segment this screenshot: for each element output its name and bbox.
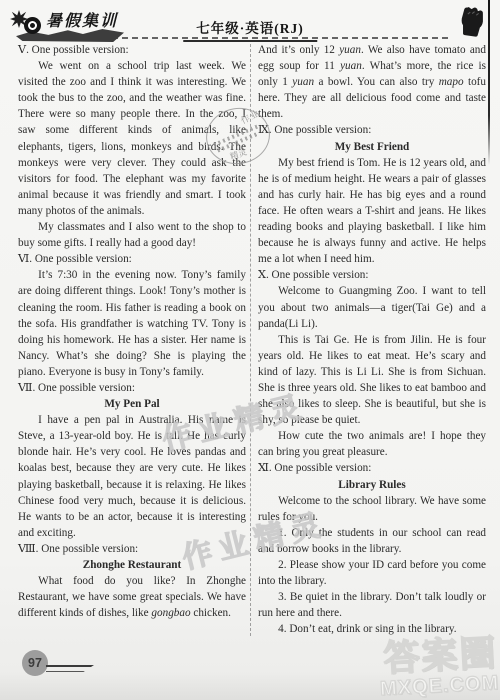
left-label-5: Ⅶ. One possible version:	[18, 380, 246, 396]
brand-watermark-site: MXQE.COM	[379, 673, 499, 699]
right-label-1: Ⅸ. One possible version:	[258, 122, 486, 138]
left-label-3: Ⅵ. One possible version:	[18, 251, 246, 267]
page-number-badge: 97	[22, 650, 48, 676]
raised-fist-icon	[456, 4, 486, 39]
right-para-12: 2. Please show your ID card before you c…	[258, 557, 486, 589]
lens-circle-icon	[24, 17, 41, 34]
right-title-2: My Best Friend	[258, 139, 486, 155]
right-para-5: Welcome to Guangming Zoo. I want to tell…	[258, 283, 486, 331]
right-label-4: Ⅹ. One possible version:	[258, 267, 486, 283]
left-label-0: Ⅴ. One possible version:	[18, 42, 246, 58]
brand-watermark: 答案圈 MXQE.COM	[377, 635, 499, 699]
series-logo-text: 暑假集训	[46, 8, 118, 31]
left-para-4: It’s 7:30 in the evening now. Tony’s fam…	[18, 267, 246, 380]
page-title: 七年级·英语(RJ)	[183, 17, 317, 42]
right-para-13: 3. Be quiet in the library. Don’t talk l…	[258, 589, 486, 621]
right-title-9: Library Rules	[258, 477, 486, 493]
book-edge-shadow	[488, 0, 491, 165]
scanned-workbook-page: 暑假集训 七年级·英语(RJ) Ⅴ. One possible version:…	[0, 0, 500, 700]
stamp-text-bottom: 精灵	[228, 146, 248, 163]
right-label-8: Ⅺ. One possible version:	[258, 460, 486, 476]
page-number-rule	[46, 665, 94, 672]
left-para-10: What food do you like? In Zhonghe Restau…	[18, 573, 246, 621]
left-para-2: My classmates and I also went to the sho…	[18, 219, 246, 251]
right-para-7: How cute the two animals are! I hope the…	[258, 428, 486, 460]
right-para-3: My best friend is Tom. He is 12 years ol…	[258, 155, 486, 268]
brand-watermark-text: 答案圈	[377, 635, 498, 677]
series-logo: 暑假集训	[12, 8, 132, 42]
page-header: 暑假集训 七年级·英语(RJ)	[0, 6, 500, 42]
right-para-0: And it’s only 12 yuan. We also have toma…	[258, 42, 486, 122]
